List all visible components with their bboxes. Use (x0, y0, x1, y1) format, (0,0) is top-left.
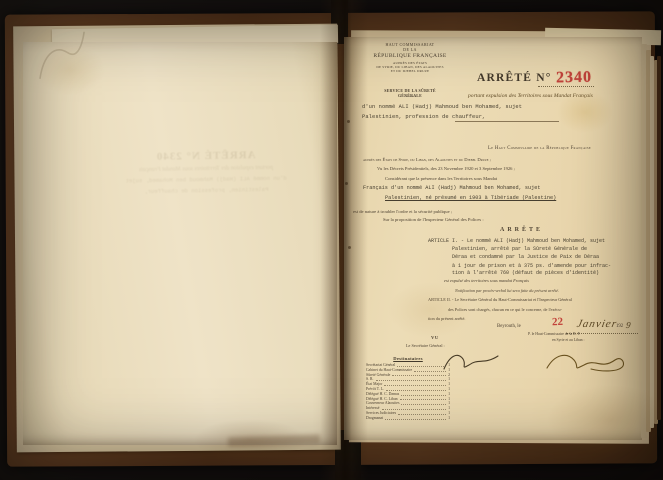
dotted-leader (384, 385, 446, 386)
article1-line: ARTICLE I. - Le nommé ALI (Hadj) Mahmoud… (428, 238, 605, 244)
commissioner-signature (543, 346, 629, 376)
date-year-printed: 192 (616, 324, 623, 329)
destinataires-title: Destinataires (366, 356, 450, 361)
dotted-leader (376, 380, 447, 381)
left-blank-page (23, 42, 337, 445)
dotted-leader (398, 414, 446, 415)
article1-line: tion à l'arrêté 760 (défaut de pièces d'… (452, 270, 599, 276)
dotted-leader (400, 399, 447, 400)
preamble-line: est de nature à troubler l'ordre et la s… (353, 209, 452, 214)
preamble-line: Vu les Décrets Présidentiels, des 23 Nov… (377, 166, 515, 171)
title-underline (538, 86, 594, 87)
preamble-line: Sur la proposition de l'Inspecteur Génér… (383, 217, 484, 222)
letterhead-line: DE LA (372, 47, 448, 52)
article1-line: à 1 jour de prison et à 375 ps. d'amende… (452, 263, 611, 269)
scanned-register-photo: ARRÊTÉ N° 2340 portant expulsion des Ter… (0, 0, 663, 480)
vu-label: VU (431, 335, 439, 340)
ink-speck (345, 182, 348, 185)
dotted-leader (385, 419, 446, 420)
subject-underline (455, 121, 559, 122)
letterhead-ornament: —·— (372, 95, 448, 100)
dotted-leader (397, 366, 446, 367)
preamble-line: Le Haut Commissaire de la République Fra… (488, 146, 591, 151)
commissioner-role-line: P. le Haut-Commissaire de la R. F. (528, 332, 580, 336)
article1-line: Palestinien, arrêté par la Sûreté Généra… (452, 246, 587, 252)
destinataires-list: Destinataires Secrétariat Général1 Cabin… (366, 356, 450, 421)
show-through-text: ARRÊTÉ N° 2340 portant expulsion des Ter… (92, 148, 321, 196)
subject-line: d'un nommé ALI (Hadj) Mahmoud ben Mohame… (362, 104, 522, 110)
article1-line: Déraa et condamné par la Justice de Paix… (452, 254, 599, 260)
letterhead: HAUT COMMISSARIAT DE LA RÉPUBLIQUE FRANÇ… (372, 42, 448, 74)
decree-title: ARRÊTÉ N° 2340 (477, 68, 592, 86)
notification-line: Notification par procès-verbal lui sera … (455, 288, 559, 293)
dotted-leader (401, 404, 446, 405)
date-day-stamp: 22 (552, 316, 563, 328)
letterhead-line: RÉPUBLIQUE FRANÇAISE (372, 53, 448, 60)
preamble-line: Palestinien, né présumé en 1903 à Tibéri… (385, 195, 556, 201)
commissioner-role-line: en Syrie et au Liban : (552, 338, 585, 342)
article2-line: ARTICLE II. - Le Secrétaire Général du H… (428, 297, 572, 302)
preamble-line: Considérant que la présence dans les Ter… (385, 176, 497, 181)
cover-edge-strip (657, 56, 661, 420)
destinataire-count: 1 (448, 416, 450, 421)
arrete-heading: ARRÊTE (500, 227, 543, 233)
preamble-line: Français d'un nommé ALI (Hadj) Mahmoud b… (363, 185, 540, 191)
destinataire-label: Drogmanat (366, 416, 383, 421)
date-month-handwritten: Janvier (576, 318, 619, 330)
dotted-leader (382, 409, 447, 410)
article2-line: des Polices sont chargés, chacun en ce q… (448, 307, 562, 312)
preamble-line: auprès des États de Syrie, du Liban, des… (363, 157, 491, 162)
dotted-leader (401, 395, 446, 396)
ink-speck (348, 246, 351, 249)
article1-line: est expulsé des territoires sous mandat … (444, 278, 529, 283)
dotted-leader (414, 371, 446, 372)
secretary-role-label: Le Secrétaire Général : (406, 343, 445, 348)
dotted-leader (392, 375, 446, 376)
ink-speck (347, 120, 350, 123)
article2-line: tion du présent arrêté. (428, 316, 465, 321)
letterhead-line: ET DU DJEBEL DRUZE (372, 69, 448, 73)
decree-subtitle: portant expulsion des Territoires sous M… (468, 93, 593, 99)
decree-number-stamp: 2340 (555, 69, 591, 88)
dotted-leader (386, 390, 446, 391)
destinataire-row: Drogmanat1 (366, 416, 450, 421)
subject-line: Palestinien, profession de chauffeur, (362, 114, 485, 120)
dateline-place: Beyrouth, le (497, 324, 521, 329)
decree-title-label: ARRÊTÉ N° (477, 72, 552, 84)
